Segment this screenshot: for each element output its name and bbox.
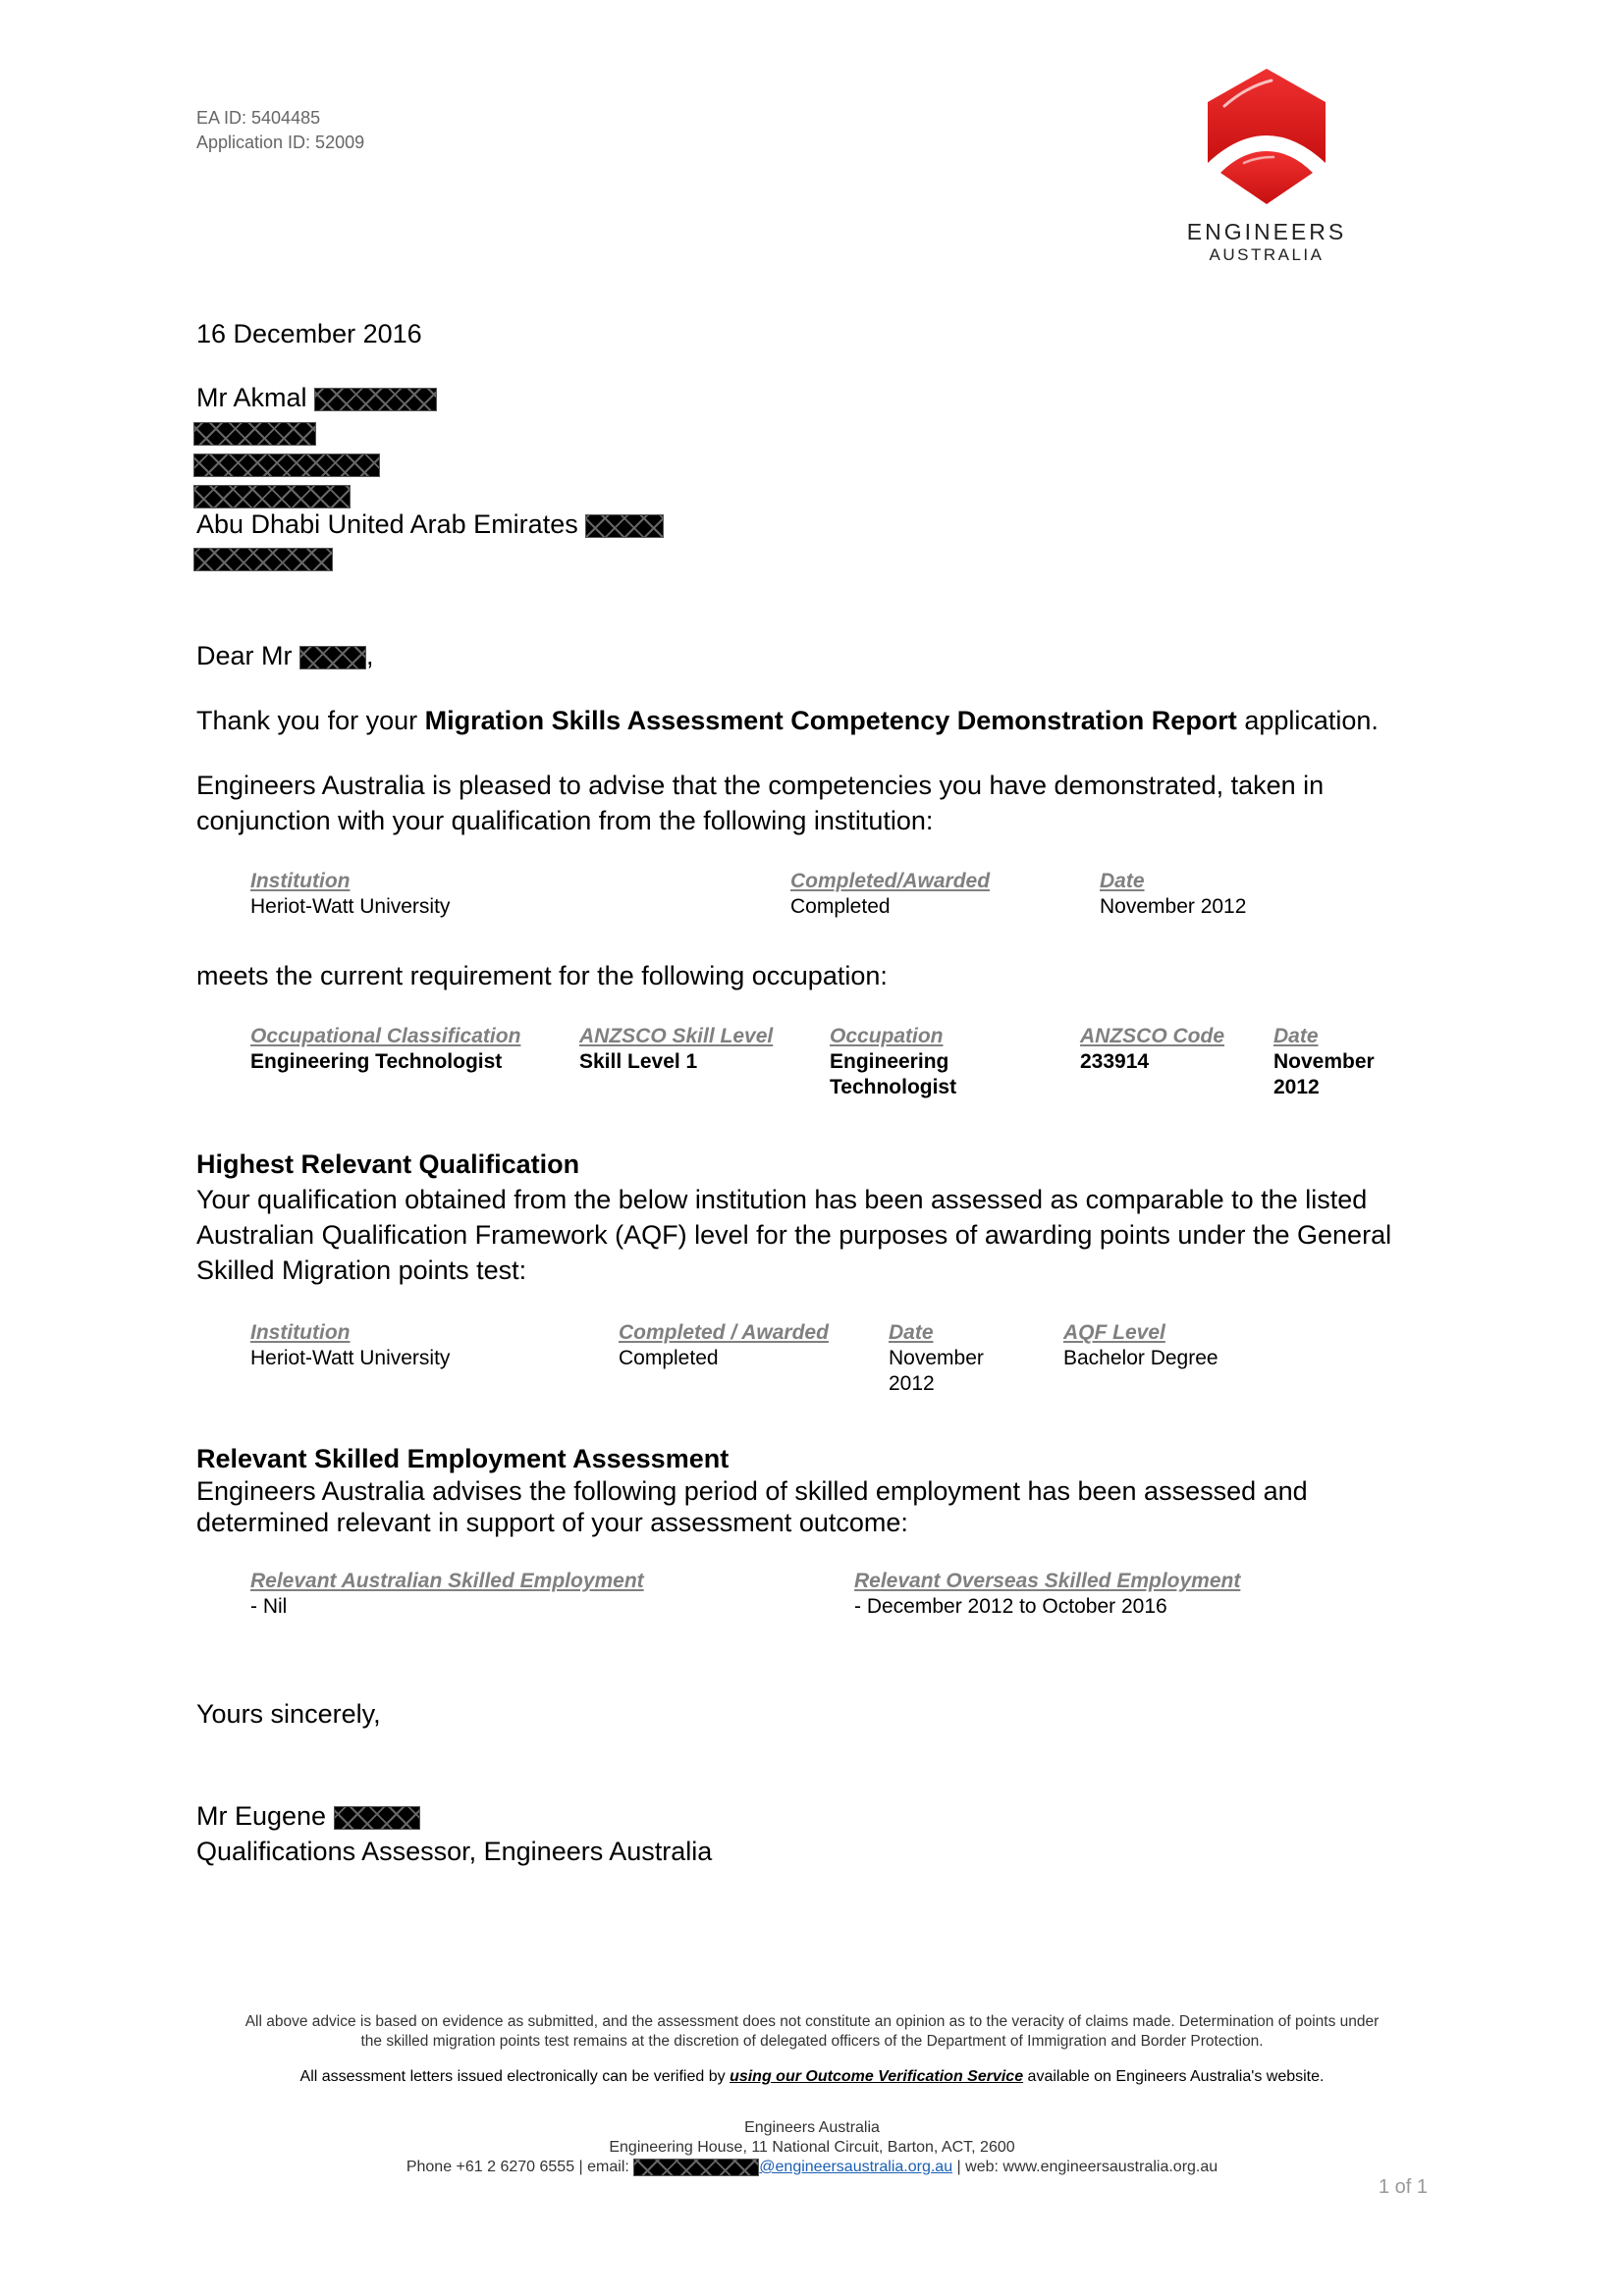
recipient-name-line: Mr Akmal: [196, 380, 437, 415]
column-header: Date: [889, 1320, 997, 1346]
redacted-block: [585, 514, 664, 538]
redacted-block: [633, 2159, 759, 2176]
column-header: ANZSCO Skill Level: [579, 1024, 825, 1049]
table-cell: - Nil: [250, 1594, 644, 1620]
hexagon-logo-icon: [1203, 67, 1330, 209]
rsea-paragraph: Engineers Australia advises the followin…: [196, 1475, 1414, 1538]
table-cell: Heriot-Watt University: [250, 1346, 450, 1371]
table-cell: Completed: [619, 1346, 829, 1371]
logo-wordmark: ENGINEERS: [1164, 219, 1370, 244]
email-link[interactable]: @engineersaustralia.org.au: [759, 2159, 952, 2175]
table-cell: Completed: [790, 894, 990, 920]
contact-line: Phone +61 2 6270 6555 | email: @engineer…: [0, 2158, 1624, 2177]
org-address: Engineering House, 11 National Circuit, …: [0, 2138, 1624, 2158]
column-header: Relevant Overseas Skilled Employment: [854, 1569, 1240, 1594]
organisation-contact: Engineers Australia Engineering House, 1…: [0, 2118, 1624, 2177]
redacted-block: [193, 454, 380, 477]
disclaimer: All above advice is based on evidence as…: [0, 2012, 1624, 2052]
table-cell: November 2012: [1273, 1049, 1381, 1100]
application-id: Application ID: 52009: [196, 131, 364, 155]
hrq-table: Institution Heriot-Watt University Compl…: [250, 1320, 1330, 1404]
column-header: Institution: [250, 869, 450, 894]
employment-table: Relevant Australian Skilled Employment -…: [250, 1569, 1330, 1628]
hrq-heading: Highest Relevant Qualification: [196, 1147, 579, 1182]
redacted-block: [314, 388, 437, 411]
letter-date: 16 December 2016: [196, 316, 422, 351]
redacted-block: [193, 548, 333, 571]
table-cell: 233914: [1080, 1049, 1257, 1075]
column-header: ANZSCO Code: [1080, 1024, 1257, 1049]
closing: Yours sincerely,: [196, 1696, 381, 1732]
redacted-block: [193, 485, 351, 508]
logo-subtitle: AUSTRALIA: [1164, 244, 1370, 266]
signatory-title: Qualifications Assessor, Engineers Austr…: [196, 1834, 712, 1869]
web-address: | web: www.engineersaustralia.org.au: [952, 2159, 1218, 2175]
page-number: 1 of 1: [1379, 2176, 1428, 2199]
ea-id: EA ID: 5404485: [196, 106, 364, 131]
column-header: AQF Level: [1063, 1320, 1218, 1346]
signatory-name: Mr Eugene: [196, 1801, 326, 1831]
org-name: Engineers Australia: [0, 2118, 1624, 2138]
redacted-address-line-3: [193, 485, 351, 508]
rsea-heading: Relevant Skilled Employment Assessment: [196, 1443, 729, 1474]
table-cell: Heriot-Watt University: [250, 894, 450, 920]
redacted-address-line-1: [193, 422, 316, 446]
competency-paragraph: Engineers Australia is pleased to advise…: [196, 768, 1414, 838]
redacted-block: [299, 646, 366, 669]
table-cell: Skill Level 1: [579, 1049, 825, 1075]
recipient-city-line: Abu Dhabi United Arab Emirates: [196, 507, 664, 542]
table-cell: November 2012: [1100, 894, 1246, 920]
table-cell: Engineering Technologist: [830, 1049, 977, 1100]
table-cell: - December 2012 to October 2016: [854, 1594, 1240, 1620]
redacted-address-line-2: [193, 454, 380, 477]
document-ids: EA ID: 5404485 Application ID: 52009: [196, 106, 364, 155]
engineers-australia-logo: ENGINEERS AUSTRALIA: [1164, 67, 1370, 266]
redacted-address-line-4: [193, 548, 333, 571]
column-header: Completed / Awarded: [619, 1320, 829, 1346]
intro-paragraph: Thank you for your Migration Skills Asse…: [196, 703, 1434, 738]
occupation-table: Occupational Classification Engineering …: [250, 1024, 1429, 1107]
hrq-paragraph: Your qualification obtained from the bel…: [196, 1182, 1443, 1288]
table-cell: November 2012: [889, 1346, 997, 1397]
outcome-verification-link[interactable]: using our Outcome Verification Service: [730, 2068, 1023, 2085]
table-cell: Engineering Technologist: [250, 1049, 574, 1075]
column-header: Occupation: [830, 1024, 977, 1049]
occupation-intro: meets the current requirement for the fo…: [196, 958, 888, 993]
recipient-city: Abu Dhabi United Arab Emirates: [196, 509, 578, 539]
redacted-block: [193, 422, 316, 446]
column-header: Institution: [250, 1320, 450, 1346]
recipient-name: Mr Akmal: [196, 383, 307, 412]
column-header: Date: [1100, 869, 1246, 894]
table-cell: Bachelor Degree: [1063, 1346, 1218, 1371]
salutation: Dear Mr ,: [196, 638, 374, 673]
column-header: Occupational Classification: [250, 1024, 574, 1049]
column-header: Relevant Australian Skilled Employment: [250, 1569, 644, 1594]
application-type: Migration Skills Assessment Competency D…: [425, 706, 1237, 735]
column-header: Completed/Awarded: [790, 869, 990, 894]
verification-note: All assessment letters issued electronic…: [0, 2067, 1624, 2087]
signatory-name-line: Mr Eugene: [196, 1798, 420, 1834]
column-header: Date: [1273, 1024, 1381, 1049]
redacted-block: [334, 1806, 420, 1830]
institution-table: Institution Heriot-Watt University Compl…: [250, 869, 1330, 928]
